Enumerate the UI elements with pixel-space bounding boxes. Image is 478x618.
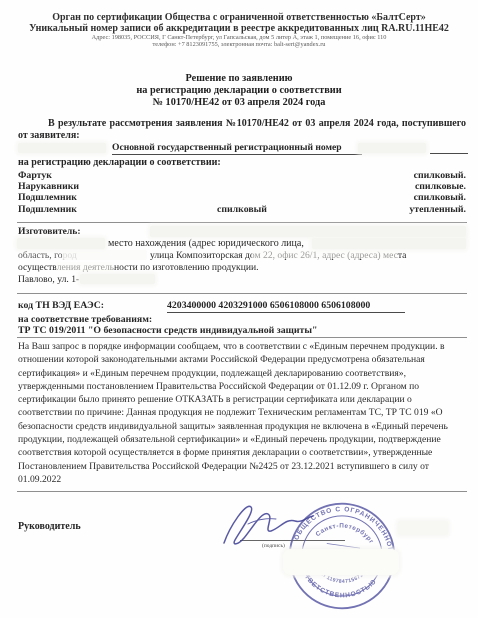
letterhead: Орган по сертификации Общества с огранич… <box>0 13 478 48</box>
signer-title: Руководитель <box>18 521 81 532</box>
section-divider <box>17 337 467 338</box>
redaction-box <box>18 143 106 153</box>
product-middle <box>167 181 316 192</box>
product-value: спилковый. <box>317 192 466 203</box>
product-row: Фартук спилковый. <box>18 170 466 181</box>
ogrn-label: Основной государственный регистрационный… <box>112 142 362 155</box>
product-value: утепленный. <box>317 204 466 215</box>
redaction-box <box>312 238 466 249</box>
redaction-box <box>62 250 147 260</box>
product-middle: спилковый <box>167 204 316 215</box>
compliance-label: на соответствие требованиям: <box>18 314 152 325</box>
product-row: Подшлемник спилковый утепленный. <box>18 204 466 215</box>
intro-paragraph: В результате рассмотрения заявления №101… <box>18 118 466 142</box>
product-value: спилковый. <box>317 170 466 181</box>
org-address: Адрес: 198035, РОССИЯ, Г Санкт-Петербург… <box>0 34 478 41</box>
tnved-label: код ТН ВЭД ЕАЭС: <box>18 300 104 311</box>
product-middle <box>167 170 316 181</box>
manufacturer-activity-line: осуществления деятельности по изготовлен… <box>18 262 259 273</box>
regulation-reference: ТР ТС 019/2011 "О безопасности средств и… <box>18 325 317 336</box>
section-divider <box>17 222 467 223</box>
section-divider <box>17 491 467 492</box>
product-name: Подшлемник <box>18 204 167 215</box>
title-line-2: на регистрацию декларации о соответствии <box>0 85 478 97</box>
org-name: Орган по сертификации Общества с огранич… <box>0 13 478 24</box>
title-line-3: № 10170/НЕ42 от 03 апреля 2024 года <box>0 97 478 109</box>
products-table: Фартук спилковый. Нарукавники спилковые.… <box>18 170 466 215</box>
redaction-box <box>150 226 466 237</box>
redaction-box <box>252 250 397 259</box>
product-name: Нарукавники <box>18 181 167 192</box>
manufacturer-label: Изготовитель: <box>18 226 81 237</box>
org-contact: телефон: +7 8123091755, электронная почт… <box>0 41 478 48</box>
redaction-box <box>17 238 105 249</box>
redaction-box <box>283 549 399 575</box>
document-page: Орган по сертификации Общества с огранич… <box>0 0 478 618</box>
ogrn-underline <box>430 153 468 154</box>
product-row: Нарукавники спилковые. <box>18 181 466 192</box>
section-divider <box>17 293 467 294</box>
redaction-box <box>358 143 426 153</box>
product-middle <box>167 192 316 203</box>
product-row: Подшлемник спилковый. <box>18 192 466 203</box>
redaction-box <box>56 262 114 271</box>
registration-label: на регистрацию декларации о соответствии… <box>18 157 221 168</box>
product-name: Подшлемник <box>18 192 167 203</box>
redaction-box <box>398 521 448 535</box>
redaction-box <box>80 274 155 284</box>
title-line-1: Решение по заявлению <box>0 73 478 85</box>
manufacturer-city-line: Павлово, ул. 1- <box>18 274 79 285</box>
accreditation-number: Уникальный номер записи об аккредитации … <box>0 24 478 35</box>
document-title: Решение по заявлению на регистрацию декл… <box>0 73 478 109</box>
product-value: спилковые. <box>317 181 466 192</box>
decision-body-text: На Ваш запрос в порядке информации сообщ… <box>18 340 465 486</box>
manufacturer-address-line: место нахождения (адрес юридического лиц… <box>108 238 304 249</box>
signature-image <box>218 498 333 553</box>
tnved-codes: 4203400000 4203291000 6506108000 6506108… <box>167 300 405 313</box>
product-name: Фартук <box>18 170 167 181</box>
